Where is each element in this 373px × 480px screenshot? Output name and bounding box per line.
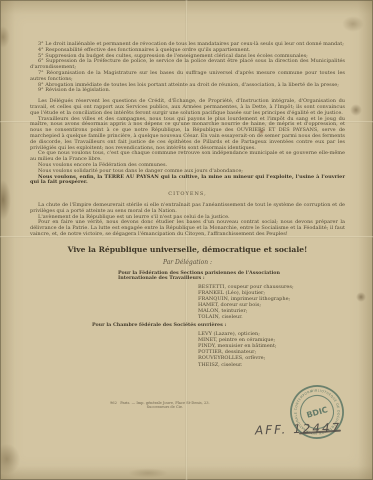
paper-stain bbox=[128, 468, 168, 478]
paper-stain bbox=[356, 292, 366, 302]
manifesto-text-block: 3° Le droit inaliénable et permanent de … bbox=[30, 42, 345, 368]
paragraph-citoyens: Pour en faire une vérité, nous devons do… bbox=[30, 220, 345, 237]
paragraph-citoyens: La chute de l'Empire demeurerait stérile… bbox=[30, 203, 345, 215]
delegation-label: Par Délégation : bbox=[30, 260, 345, 266]
imprint-line: Successeurs de Cie. bbox=[147, 405, 184, 409]
printer-imprint: 962 Paris. — Imp. générale Jouve, Place … bbox=[110, 401, 210, 409]
demand-item: 7° Réorganisation de la Magistrature sur… bbox=[30, 71, 345, 83]
poster-scan: 3° Le droit inaliénable et permanent de … bbox=[0, 0, 373, 480]
signatory: TOLAIN, ciseleur. bbox=[198, 314, 345, 320]
paper-stain bbox=[350, 104, 362, 116]
demand-item: 9° Révision de la législation. bbox=[30, 88, 345, 94]
paragraph-delegates: Les Délégués réservent les questions de … bbox=[30, 99, 345, 116]
imprint-number: 962 bbox=[110, 401, 117, 409]
stamp-center-text: BDIC bbox=[306, 405, 329, 420]
paragraph-want-bold: Nous voulons, enfin, la TERRE AU PAYSAN … bbox=[30, 175, 345, 187]
citoyens-heading: CITOYENS, bbox=[30, 192, 345, 198]
chamber-signatories: LEVY (Lazare), opticien; MINET, peintre … bbox=[198, 331, 345, 368]
federation-signatories: BESTETTI, coupeur pour chaussures; FRANK… bbox=[198, 284, 345, 321]
handwritten-archive-number: AFF. 12447 bbox=[255, 420, 342, 437]
paper-stain bbox=[342, 16, 364, 32]
paper-stain bbox=[0, 180, 11, 220]
paper-stain bbox=[0, 444, 20, 474]
slogan: Vive la République universelle, démocrat… bbox=[30, 245, 345, 254]
paragraph-workers: Travailleurs des villes et des campagnes… bbox=[30, 117, 345, 152]
library-stamp-icon: BIBLIOTHÈQUE DE DOCUMENTATION INTERNATIO… bbox=[282, 377, 351, 446]
signatory: THEISZ, ciseleur. bbox=[198, 362, 345, 368]
chamber-heading: Pour la Chambre fédérale des Sociétés ou… bbox=[92, 323, 345, 329]
paper-stain bbox=[0, 26, 10, 48]
federation-heading: Pour la Fédération des Sections parisien… bbox=[118, 271, 320, 282]
